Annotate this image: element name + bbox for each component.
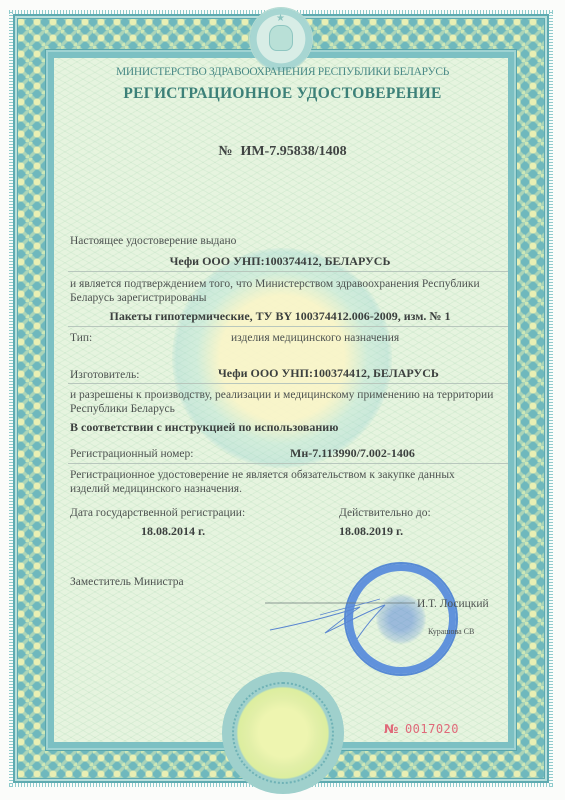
type-value: изделия медицинского назначения	[231, 331, 399, 345]
note-line2: изделий медицинского назначения.	[70, 482, 242, 496]
valid-until-value: 18.08.2019 г.	[339, 524, 403, 538]
issued-to-label: Настоящее удостоверение выдано	[70, 234, 236, 248]
divider	[68, 271, 508, 272]
usage-conditions: В соответствии с инструкцией по использо…	[70, 420, 338, 434]
type-label: Тип:	[70, 331, 92, 345]
divider	[68, 383, 508, 384]
certificate-number-value: ИМ-7.95838/1408	[240, 144, 346, 159]
reg-date-label: Дата государственной регистрации:	[70, 506, 245, 520]
permission-text-line2: Республики Беларусь	[70, 402, 175, 416]
serial-number-sign: №	[384, 722, 399, 736]
star-icon: ★	[276, 14, 285, 24]
document-title: РЕГИСТРАЦИОННОЕ УДОСТОВЕРЕНИЕ	[0, 85, 565, 103]
rosette-seal-icon	[222, 672, 344, 794]
ministry-name: Министерство здравоохранения Республики …	[0, 66, 565, 78]
map-icon	[270, 26, 292, 50]
valid-until-label: Действительно до:	[339, 506, 431, 520]
divider	[68, 326, 508, 327]
certificate-number: №ИМ-7.95838/1408	[0, 144, 565, 160]
number-sign: №	[218, 144, 232, 159]
signatory-name: И.Т. Лосицкий	[417, 597, 489, 611]
reg-number-label: Регистрационный номер:	[70, 447, 193, 461]
executor-name: Курашова СВ	[428, 625, 474, 639]
serial-number-value: 0017020	[405, 722, 459, 736]
serial-number: №0017020	[384, 722, 459, 736]
divider	[68, 463, 508, 464]
issued-to-value: Чефи ООО УНП:100374412, БЕЛАРУСЬ	[60, 254, 500, 268]
reg-date-value: 18.08.2014 г.	[141, 524, 205, 538]
certificate-sheet: ★ Министерство здравоохранения Республик…	[0, 0, 565, 800]
note-line1: Регистрационное удостоверение не являетс…	[70, 468, 455, 482]
signatory-position: Заместитель Министра	[70, 575, 184, 589]
coat-of-arms-emblem-icon: ★	[250, 8, 312, 70]
permission-text-line1: и разрешены к производству, реализации и…	[70, 388, 493, 402]
reg-number-value: Мн-7.113990/7.002-1406	[290, 446, 415, 460]
product-name: Пакеты гипотермические, ТУ BY 100374412.…	[60, 309, 500, 323]
manufacturer-value: Чефи ООО УНП:100374412, БЕЛАРУСЬ	[218, 366, 439, 380]
manufacturer-label: Изготовитель:	[70, 368, 139, 382]
confirmation-text-line2: Беларусь зарегистрированы	[70, 291, 206, 305]
confirmation-text-line1: и является подтверждением того, что Мини…	[70, 277, 480, 291]
